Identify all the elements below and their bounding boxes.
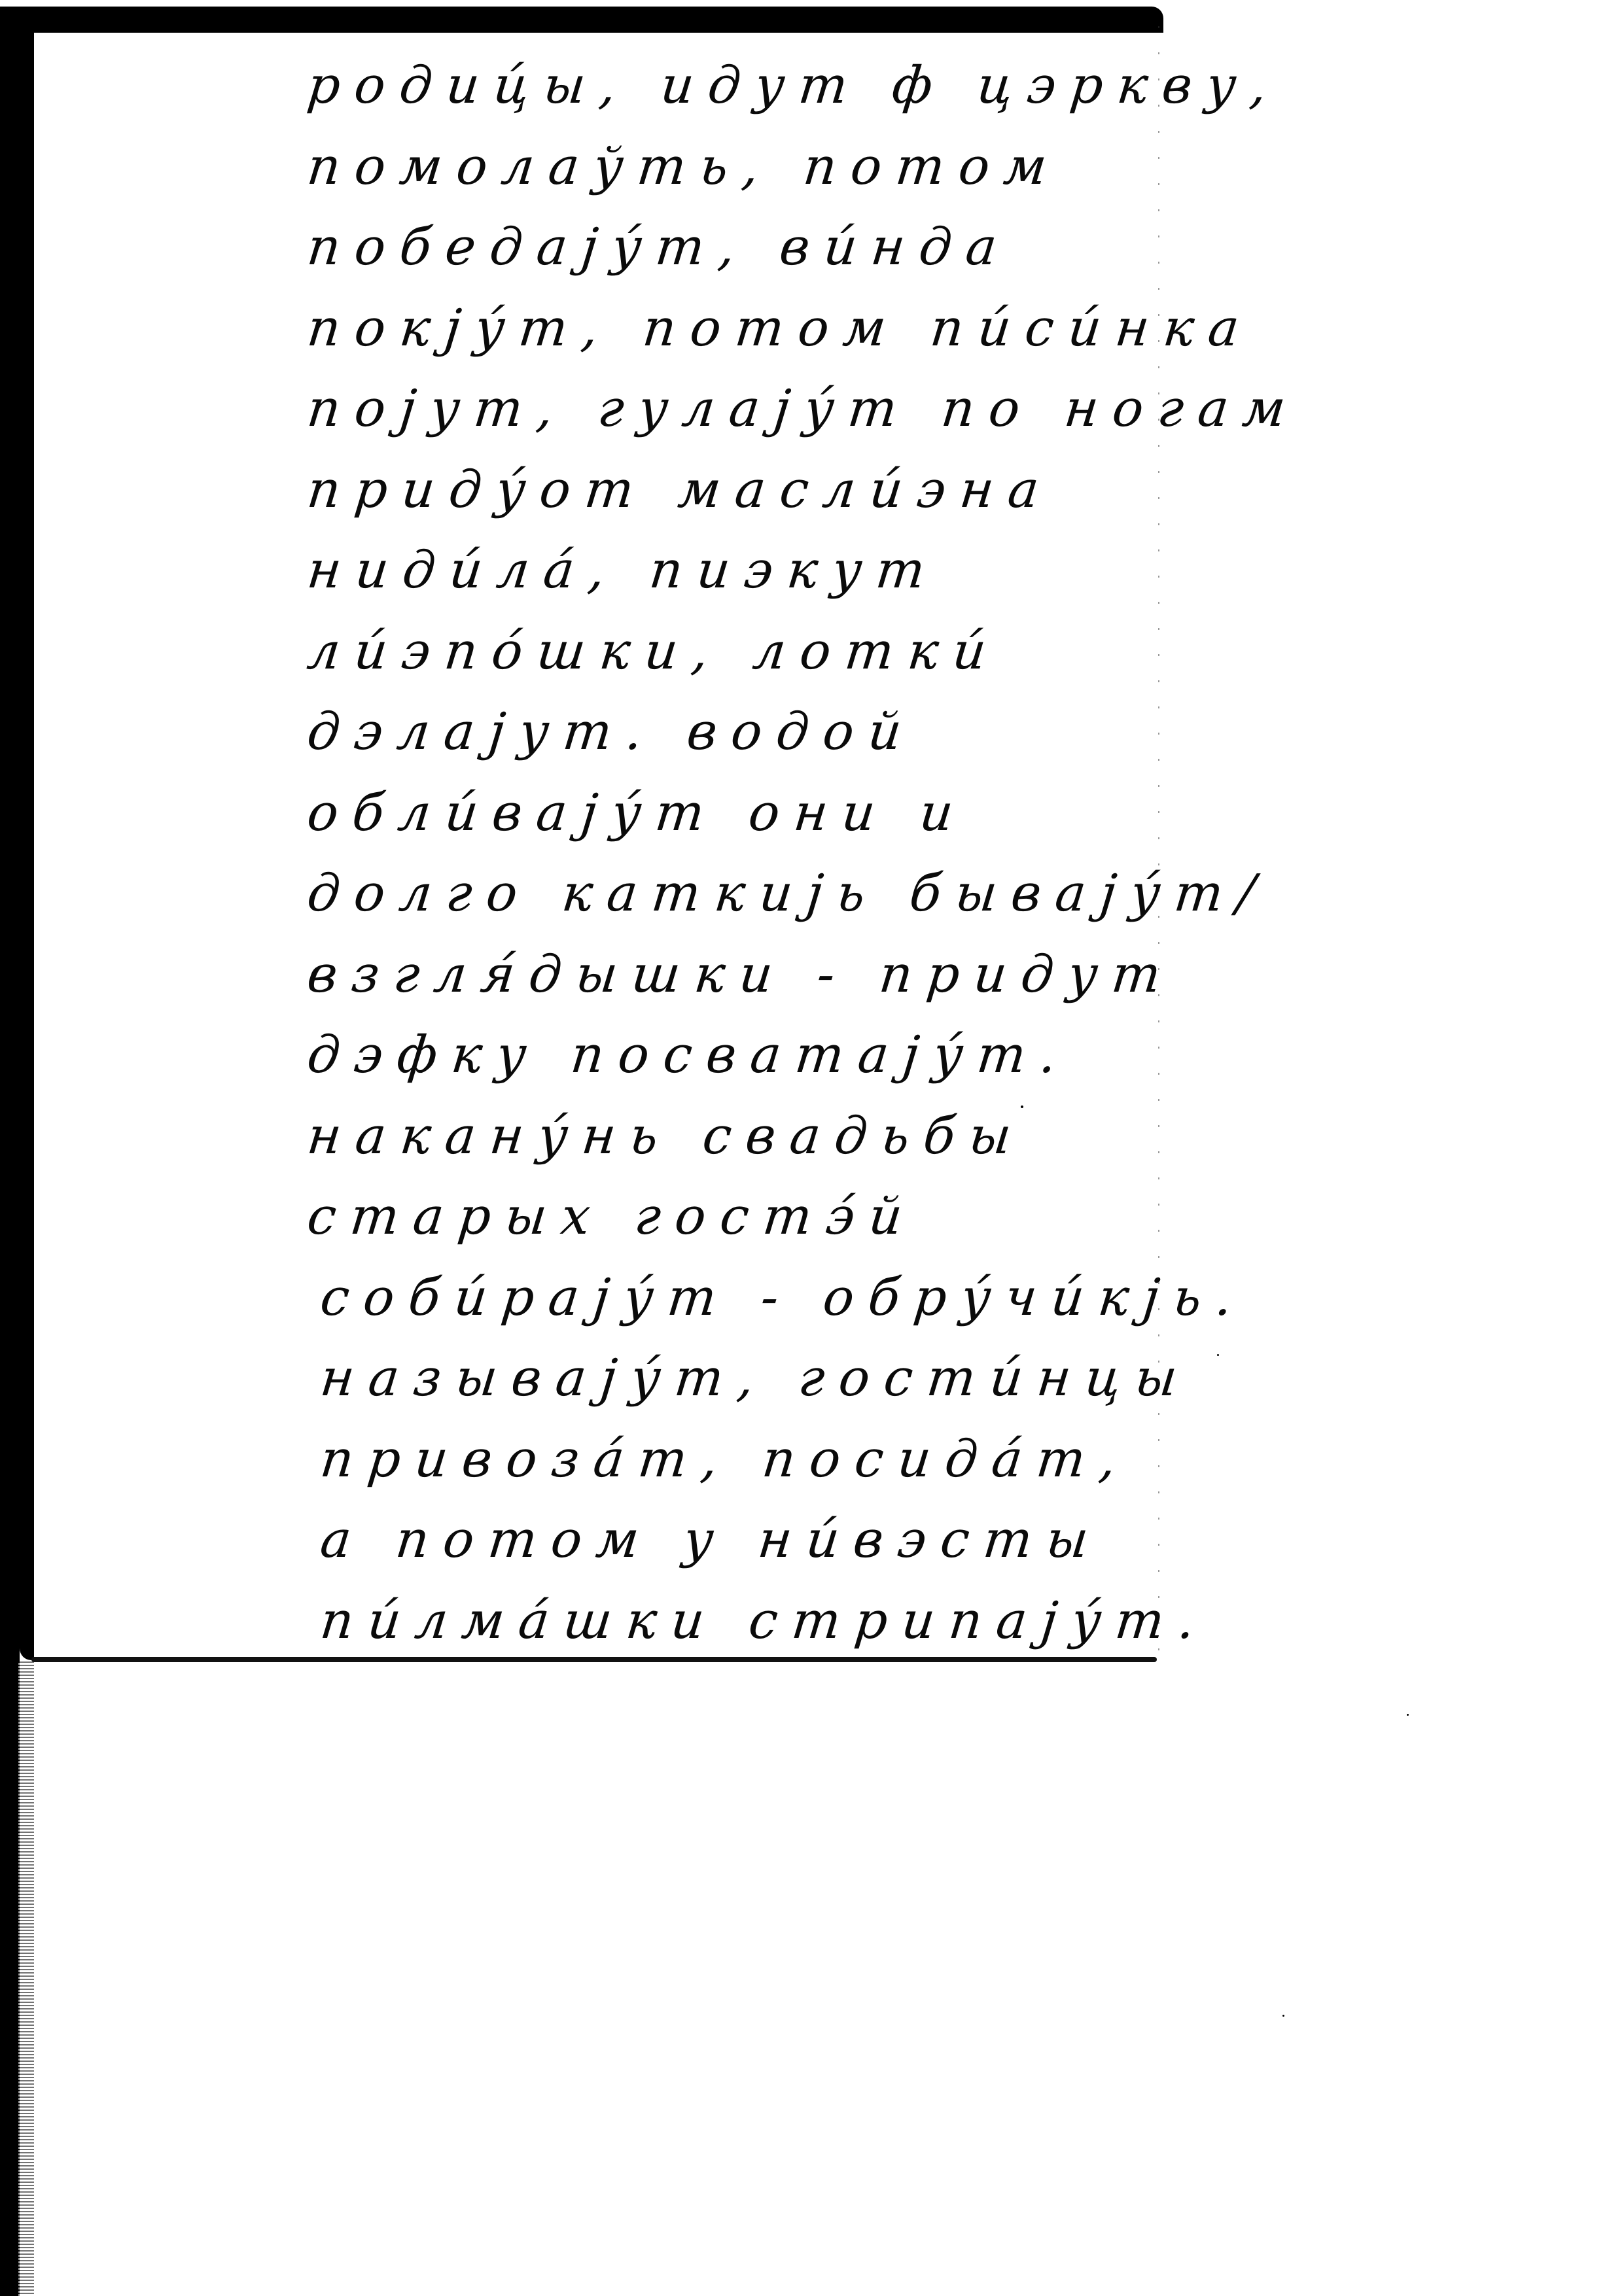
manuscript-line: приду́от масли́эна [304,450,1189,531]
ink-speck [1407,1714,1409,1716]
manuscript-line: помолаўть, потом [304,127,1189,208]
manuscript-line: дэфку посватају́т. [304,1015,1189,1096]
manuscript-line: пи́лма́шки стрипају́т. [304,1581,1189,1662]
manuscript-line: привоза́т, посида́т, [304,1419,1189,1501]
manuscript-line: а потом у ни́вэсты [304,1500,1189,1581]
page-left-edge-shadow [20,31,34,1660]
manuscript-line: ниди́ла́, пиэкут [304,531,1189,612]
manuscript-line: соби́рају́т - обру́чи́кјь. [304,1258,1189,1339]
manuscript-line: взгля́дышки - придут [304,935,1189,1016]
ink-speck [1217,1354,1219,1356]
manuscript-line: појут, гулају́т по ногам [304,369,1189,450]
manuscript-line: обли́вају́т они и [304,773,1189,854]
manuscript-line: называју́т, гости́нцы [304,1338,1189,1419]
manuscript-line: старых гостэ́й [304,1177,1189,1258]
manuscript-line: победају́т, ви́нда [304,207,1189,288]
manuscript-line: накану́нь свадьбы [304,1096,1189,1177]
scanner-shadow-left [0,7,20,2296]
handwritten-text-block: родиц́ы, идут ф цэркву, помолаўть, потом… [308,46,1184,1661]
manuscript-line: ли́эпо́шки, лотки́ [304,612,1189,693]
manuscript-line: родиц́ы, идут ф цэркву, [304,46,1189,127]
manuscript-line: дэлајут. водой [304,692,1189,773]
manuscript-line: долго каткијь бывају́т/ [304,854,1189,935]
ink-speck [1282,2015,1284,2017]
manuscript-line: покју́т, потом пи́си́нка [304,288,1189,370]
scanner-shadow-top [0,7,1163,33]
scanner-noise-left [18,1661,34,2296]
